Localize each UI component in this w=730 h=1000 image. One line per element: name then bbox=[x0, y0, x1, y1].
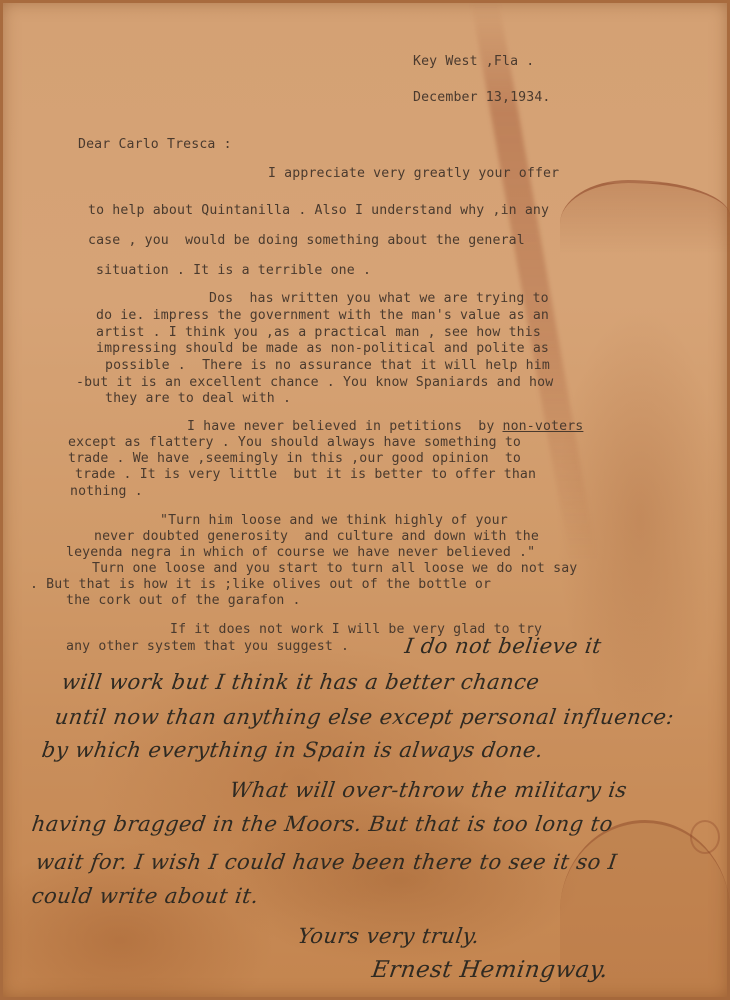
salutation: Dear Carlo Tresca : bbox=[78, 138, 232, 151]
letter-date: December 13,1934. bbox=[413, 91, 551, 104]
handwritten-line: until now than anything else except pers… bbox=[53, 705, 675, 729]
paragraph-3-line: trade . We have ,seemingly in this ,our … bbox=[68, 452, 521, 465]
water-stain-edge bbox=[560, 180, 730, 253]
paragraph-3-line: trade . It is very little but it is bett… bbox=[75, 468, 536, 481]
paragraph-2-line: impressing should be made as non-politic… bbox=[96, 342, 549, 355]
handwritten-line: I do not believe it bbox=[403, 634, 603, 658]
paragraph-2-line: Dos has written you what we are trying t… bbox=[209, 292, 549, 305]
paragraph-1-line: I appreciate very greatly your offer bbox=[268, 167, 559, 180]
paragraph-2-line: do ie. impress the government with the m… bbox=[96, 309, 549, 322]
handwritten-line: will work but I think it has a better ch… bbox=[60, 670, 541, 694]
paragraph-5-line: any other system that you suggest . bbox=[66, 640, 349, 653]
paragraph-2-line: possible . There is no assurance that it… bbox=[105, 359, 550, 372]
water-stain-ring bbox=[690, 820, 720, 854]
paragraph-3-line: I have never believed in petitions by no… bbox=[187, 420, 583, 433]
paragraph-2-line: artist . I think you ,as a practical man… bbox=[96, 326, 541, 339]
paragraph-3-text: I have never believed in petitions by bbox=[187, 419, 503, 434]
paragraph-4-line: "Turn him loose and we think highly of y… bbox=[160, 514, 508, 527]
handwritten-line: What will over-throw the military is bbox=[228, 778, 628, 802]
paragraph-1-line: to help about Quintanilla . Also I under… bbox=[88, 204, 549, 217]
handwritten-line: could write about it. bbox=[30, 884, 260, 908]
paragraph-3-line: nothing . bbox=[70, 485, 143, 498]
handwritten-line: by which everything in Spain is always d… bbox=[40, 738, 545, 762]
handwritten-line: having bragged in the Moors. But that is… bbox=[30, 812, 614, 836]
paragraph-3-line: except as flattery . You should always h… bbox=[68, 436, 521, 449]
paragraph-4-line: leyenda negra in which of course we have… bbox=[66, 546, 535, 559]
underlined-word: non-voters bbox=[503, 419, 584, 434]
paragraph-1-line: case , you would be doing something abou… bbox=[88, 234, 525, 247]
paragraph-4-line: . But that is how it is ;like olives out… bbox=[30, 578, 491, 591]
paragraph-4-line: never doubted generosity and culture and… bbox=[94, 530, 539, 543]
paragraph-2-line: they are to deal with . bbox=[105, 392, 291, 405]
letter-page: Key West ,Fla . December 13,1934. Dear C… bbox=[0, 0, 730, 1000]
handwritten-line: wait for. I wish I could have been there… bbox=[34, 850, 618, 874]
closing: Yours very truly. bbox=[296, 924, 481, 948]
signature: Ernest Hemingway. bbox=[370, 957, 610, 983]
paragraph-2-line: -but it is an excellent chance . You kno… bbox=[76, 376, 553, 389]
paragraph-1-line: situation . It is a terrible one . bbox=[96, 264, 371, 277]
paragraph-4-line: Turn one loose and you start to turn all… bbox=[92, 562, 577, 575]
letter-place: Key West ,Fla . bbox=[413, 55, 534, 68]
paragraph-4-line: the cork out of the garafon . bbox=[66, 594, 301, 607]
